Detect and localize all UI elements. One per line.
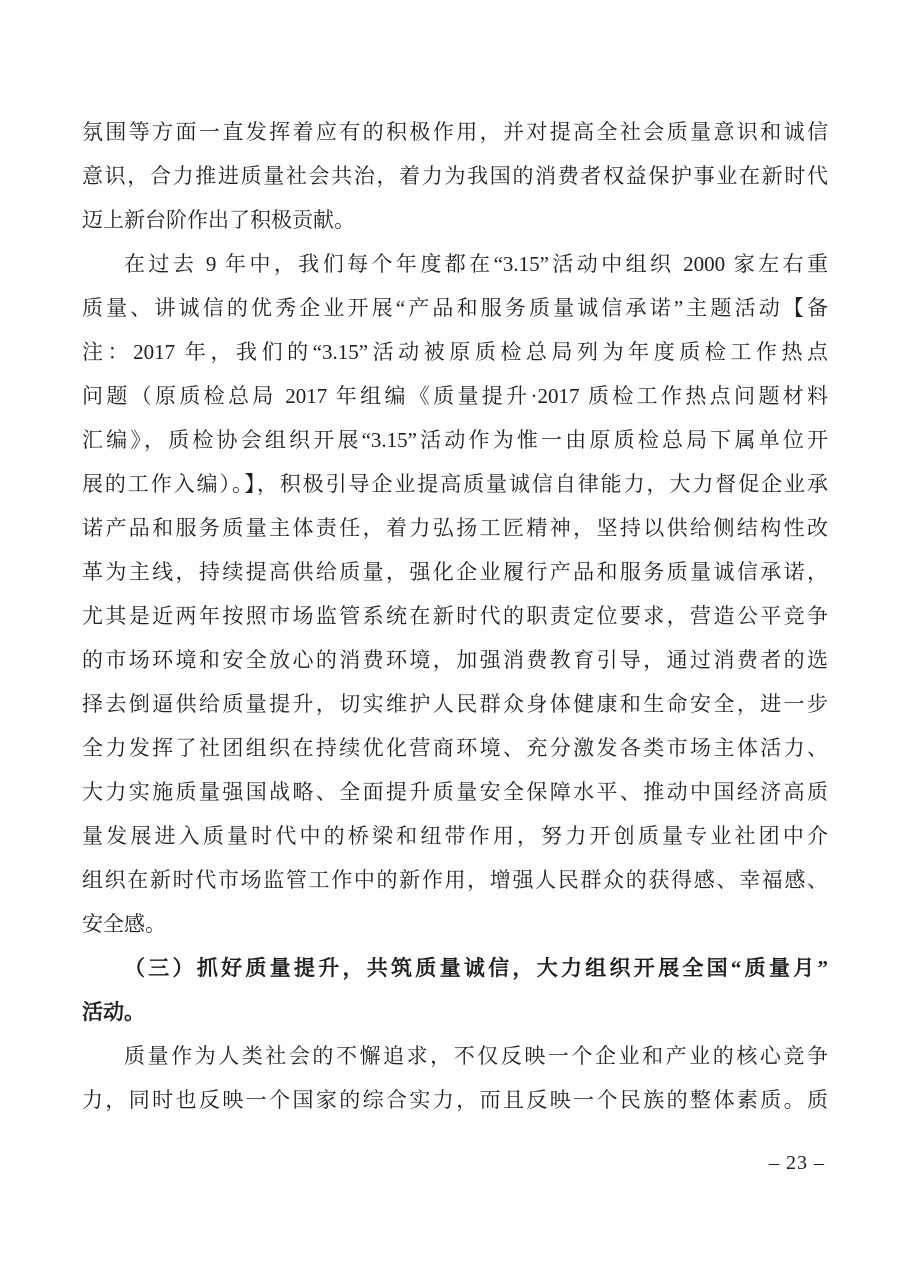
text-line: 注：2017 年，我们的“3.15”活动被原质检总局列为年度质检工作热点	[82, 330, 828, 374]
text-line: 质量、讲诚信的优秀企业开展“产品和服务质量诚信承诺”主题活动【备	[82, 286, 828, 330]
text-line: 在过去 9 年中，我们每个年度都在“3.15”活动中组织 2000 家左右重	[82, 242, 828, 286]
text-line: 组织在新时代市场监管工作中的新作用，增强人民群众的获得感、幸福感、	[82, 858, 828, 902]
text-line: 氛围等方面一直发挥着应有的积极作用，并对提高全社会质量意识和诚信	[82, 110, 828, 154]
section-heading: （三）抓好质量提升，共筑质量诚信，大力组织开展全国“质量月”活动。	[82, 946, 828, 1034]
page-number: – 23 –	[769, 1150, 825, 1176]
text-line: 展的工作入编）。】，积极引导企业提高质量诚信自律能力，大力督促企业承	[82, 462, 828, 506]
text-line: 问题（原质检总局 2017 年组编《质量提升·2017 质检工作热点问题材料	[82, 374, 828, 418]
text-line: 诺产品和服务质量主体责任，着力弘扬工匠精神，坚持以供给侧结构性改	[82, 506, 828, 550]
text-line: 质量作为人类社会的不懈追求，不仅反映一个企业和产业的核心竞争	[82, 1034, 828, 1078]
document-page: 氛围等方面一直发挥着应有的积极作用，并对提高全社会质量意识和诚信意识，合力推进质…	[0, 0, 900, 1273]
text-line: 汇编》，质检协会组织开展“3.15”活动作为惟一由原质检总局下属单位开	[82, 418, 828, 462]
text-line: 大力实施质量强国战略、全面提升质量安全保障水平、推动中国经济高质	[82, 770, 828, 814]
text-line: 革为主线，持续提高供给质量，强化企业履行产品和服务质量诚信承诺，	[82, 550, 828, 594]
text-line: 迈上新台阶作出了积极贡献。	[82, 198, 828, 242]
text-line: 全力发挥了社团组织在持续优化营商环境、充分激发各类市场主体活力、	[82, 726, 828, 770]
text-line: 择去倒逼供给质量提升，切实维护人民群众身体健康和生命安全，进一步	[82, 682, 828, 726]
text-line: 的市场环境和安全放心的消费环境，加强消费教育引导，通过消费者的选	[82, 638, 828, 682]
text-line: 活动。	[82, 990, 828, 1034]
text-line: 安全感。	[82, 902, 828, 946]
text-line: （三）抓好质量提升，共筑质量诚信，大力组织开展全国“质量月”	[82, 946, 828, 990]
text-line: 力，同时也反映一个国家的综合实力，而且反映一个民族的整体素质。质	[82, 1078, 828, 1122]
paragraph: 氛围等方面一直发挥着应有的积极作用，并对提高全社会质量意识和诚信意识，合力推进质…	[82, 110, 828, 242]
text-line: 尤其是近两年按照市场监管系统在新时代的职责定位要求，营造公平竞争	[82, 594, 828, 638]
text-line: 意识，合力推进质量社会共治，着力为我国的消费者权益保护事业在新时代	[82, 154, 828, 198]
paragraph: 在过去 9 年中，我们每个年度都在“3.15”活动中组织 2000 家左右重质量…	[82, 242, 828, 946]
text-line: 量发展进入质量时代中的桥梁和纽带作用，努力开创质量专业社团中介	[82, 814, 828, 858]
document-body: 氛围等方面一直发挥着应有的积极作用，并对提高全社会质量意识和诚信意识，合力推进质…	[82, 110, 828, 1122]
paragraph: 质量作为人类社会的不懈追求，不仅反映一个企业和产业的核心竞争力，同时也反映一个国…	[82, 1034, 828, 1122]
